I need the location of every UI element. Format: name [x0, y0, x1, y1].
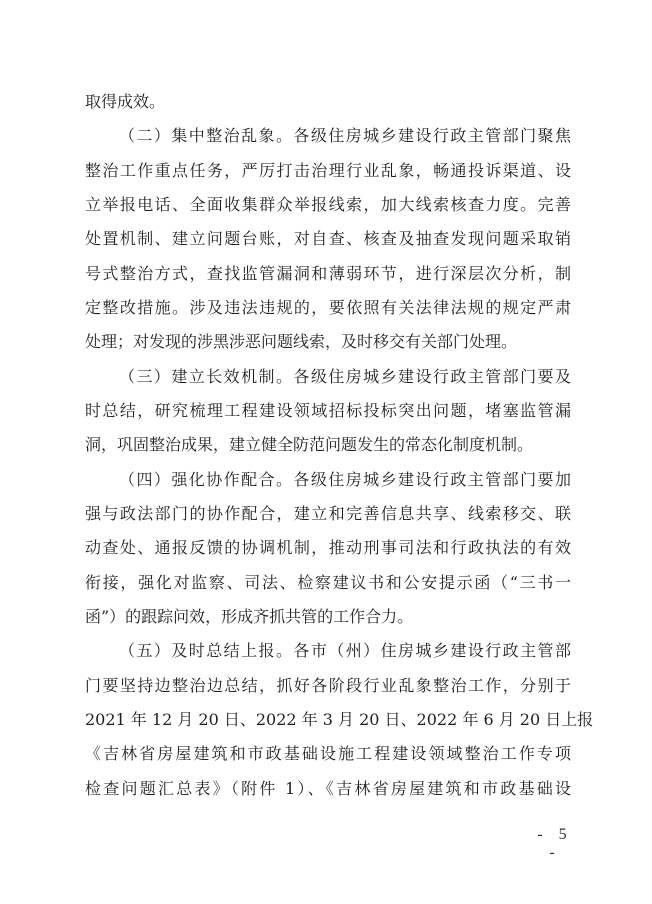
section-heading-line: （三）建立长效机制。各级住房城乡建设行政主管部门要及 [119, 365, 571, 389]
section-heading-line: （五）及时总结上报。各市（州）住房城乡建设行政主管部 [119, 639, 571, 663]
text-line: 动查处、通报反馈的协调机制，推动刑事司法和行政执法的有效 [85, 536, 571, 560]
text-line: 立举报电话、全面收集群众举报线索，加大线索核查力度。完善 [85, 193, 571, 217]
text-line: 门要坚持边整治边总结，抓好各阶段行业乱象整治工作，分别于 [85, 674, 571, 698]
text-line: 取得成效。 [85, 90, 571, 114]
text-line: 强与政法部门的协作配合，建立和完善信息共享、线索移交、联 [85, 502, 571, 526]
section-heading-line: （二）集中整治乱象。各级住房城乡建设行政主管部门聚焦 [119, 124, 571, 148]
text-line: 《吉林省房屋建筑和市政基础设施工程建设领域整治工作专项 [85, 742, 571, 766]
text-line: 衔接，强化对监察、司法、检察建议书和公安提示函（“三书一 [85, 571, 571, 595]
text-line: 检查问题汇总表》（附件 1）、《吉林省房屋建筑和市政基础设 [85, 777, 571, 801]
document-page: 取得成效。 （二）集中整治乱象。各级住房城乡建设行政主管部门聚焦 整治工作重点任… [0, 0, 652, 904]
text-line: 洞，巩固整治成果，建立健全防范问题发生的常态化制度机制。 [85, 433, 571, 457]
text-line: 2021 年 12 月 20 日、2022 年 3 月 20 日、2022 年 … [85, 708, 571, 732]
text-line: 处置机制、建立问题台账，对自查、核查及抽查发现问题采取销 [85, 227, 571, 251]
text-line: 定整改措施。涉及违法违规的，要依照有关法律法规的规定严肃 [85, 296, 571, 320]
text-line: 号式整治方式，查找监管漏洞和薄弱环节，进行深层次分析，制 [85, 262, 571, 286]
text-line: 时总结，研究梳理工程建设领域招标投标突出问题，堵塞监管漏 [85, 399, 571, 423]
text-line: 处理；对发现的涉黑涉恶问题线索，及时移交有关部门处理。 [85, 330, 571, 354]
text-line: 整治工作重点任务，严厉打击治理行业乱象，畅通投诉渠道、设 [85, 159, 571, 183]
section-heading-line: （四）强化协作配合。各级住房城乡建设行政主管部门要加 [119, 468, 571, 492]
page-number: - 5 - [530, 826, 580, 862]
text-line: 函”）的跟踪问效，形成齐抓共管的工作合力。 [85, 605, 571, 629]
